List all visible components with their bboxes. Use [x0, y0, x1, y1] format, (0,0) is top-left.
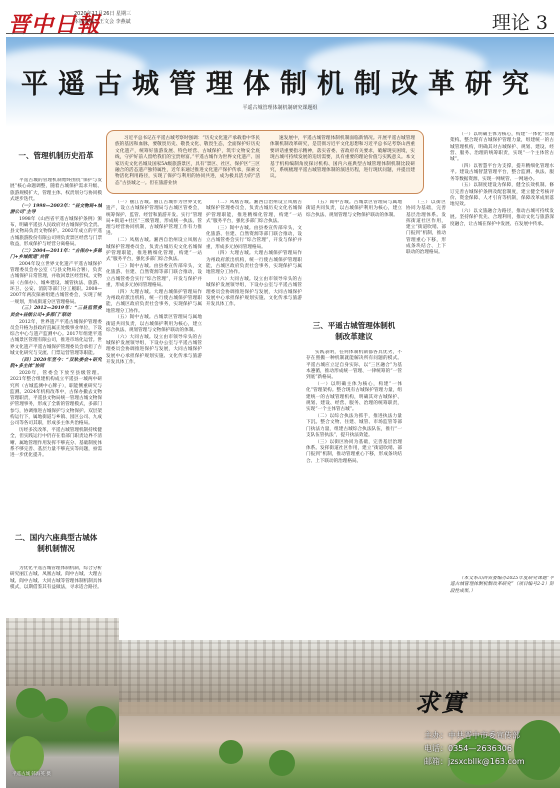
column-1-lower: 为优化平遥古城管理体制机制，综合分析研究丽江古城、凤凰古城、阆中古城、大理古城、…: [10, 566, 102, 614]
paragraph: （二）凤凰古城。湘西自治州设立凤凰古城保护管理委员会，负责古城历史文化名城保护管…: [106, 238, 202, 263]
photo-credit: 平遥古城 韩海英 摄: [12, 771, 51, 777]
column-2: （一）丽江古城。丽江古城作为世界文化遗产，设立古城保护管理局与古城区管委会，统筹…: [106, 200, 202, 630]
paragraph: （五）阆中古城。古城景区管理局与属地街道共同负责，以古城保护利用为核心，建立综合…: [306, 200, 402, 219]
issue-date: 2020年11月26日 星期三: [74, 10, 131, 18]
article-note: （本文系山西省委编办2025年度研究课题“平遥古城管理体制机制改革研究”（项目编…: [450, 576, 554, 602]
article-headline: 平遥古城管理体制机制改革研究: [0, 62, 560, 101]
paragraph: （一）以明确主体为核心，构建“一体化”管理架构。整合现有古城保护管理力量，组建统…: [450, 132, 554, 163]
section-heading-1: 一、管理机制历史沿革: [10, 150, 102, 161]
masthead: 晋中日報 2020年11月26日 星期三 本版责编：王文会 李燕斌 理论 3: [0, 0, 560, 34]
intro-right-text: 速发展中，平遥古城管理体制机制面临新情况。开展平遥古城管理体制机制改革研究，是贯…: [270, 136, 415, 181]
city-wall: [119, 702, 560, 716]
subheading: （一）1998—2003年：“县文物局+城游公司”主导: [10, 204, 102, 217]
paragraph: （六）大同古城。设立由市领导牵头的古城保护发展领导组，下设办公室与平遥古城管理委…: [206, 277, 302, 308]
intro-box: 习近平总书记在平遥古城考察时强调：“历史文化遗产承载着中华民族的基因和血脉，要敬…: [106, 130, 424, 194]
column-5: （三）以街区协同为基础，完善基层治理体系。发挥街道社区作用，建立“街道吹哨、部门…: [406, 200, 446, 630]
paragraph: （三）阆中古城。由县委宣传部牵头，文化旅游、住建、自然资源等部门联合推动，设立古…: [106, 264, 202, 289]
subheading: （三）2012—2019年：“三县监管委员会+县级公司+多部门”联动: [10, 306, 102, 319]
paragraph: 1998年《山西省平遥古城保护条例》颁布，明确平遥县人民政府对古城保护负全责。县…: [10, 217, 102, 248]
sponsor: 主办：中共晋中市委宣传部: [424, 729, 525, 742]
section-heading-3: 三、平遥古城管理体制机制改革建议: [310, 320, 398, 342]
paragraph: 实践表明，任何体制机制都各具优劣，不存在照搬一种机制就能解决所有问题的模式。平遥…: [306, 350, 402, 381]
subheading: （四）2020年至今：“双轨委会+研究院+多主体”协同: [10, 358, 102, 371]
paragraph: （六）大同古城。设立由市领导牵头的古城保护发展领导组，下设办公室与平遥古城管理委…: [106, 335, 202, 366]
paragraph: （五）以制度建设为保障，健全长效机制。修订完善古城保护条例及配套制度，建立健全考…: [450, 183, 554, 208]
paragraph: （二）凤凰古城。湘西自治州设立凤凰古城保护管理委员会，负责古城历史文化名城保护管…: [206, 200, 302, 225]
paragraph: （五）阆中古城。古城景区管理局与属地街道共同负责，以古城保护利用为核心，建立综合…: [106, 315, 202, 334]
paragraph: （三）以街区协同为基础，完善基层治理体系。发挥街道社区作用，建立“街道吹哨、部门…: [406, 200, 446, 257]
subheading: （二）2004—2011年：“古保办+多部门+乡城街道”共管: [10, 249, 102, 262]
paragraph: （三）以街区协同为基础，完善基层治理体系。发挥街道社区作用，建立“街道吹哨、部门…: [306, 440, 402, 465]
paragraph: （三）阆中古城。由县委宣传部牵头，文化旅游、住建、自然资源等部门联合推动，设立古…: [206, 226, 302, 251]
paragraph: 2004年设立世界文化遗产平遥古城保护管理委员会办公室（与县文物局合署），负责古…: [10, 262, 102, 306]
paragraph: 2020年，管委会下放至县级管理。2021年整合组建机构成立平遥县一城两中研究所…: [10, 371, 102, 428]
paragraph: 2012年，世界遗产平遥古城保护管理委员会升格为县政府直属正处级事业单位，下设综…: [10, 320, 102, 358]
column-4-lower: 实践表明，任何体制机制都各具优劣，不存在照搬一种机制就能解决所有问题的模式。平遥…: [306, 350, 402, 630]
column-3: （二）凤凰古城。湘西自治州设立凤凰古城保护管理委员会，负责古城历史文化名城保护管…: [206, 200, 302, 630]
masthead-divider: [6, 33, 554, 34]
phone: 电话：0354—2636306: [424, 742, 525, 755]
paragraph: （一）丽江古城。丽江古城作为世界文化遗产，设立古城保护管理局与古城区管委会，统筹…: [106, 200, 202, 238]
issue-meta: 2020年11月26日 星期三 本版责编：王文会 李燕斌: [74, 10, 131, 26]
ancient-city-photo-left: [6, 618, 119, 788]
section-heading-2: 二、国内六座典型古城体制机制情况: [12, 532, 100, 554]
paragraph: （六）以文旅融合为路径，推动古城可持续发展。坚持保护优先、合理利用，推动文化与旅…: [450, 209, 554, 228]
paragraph: （二）以综合执法为抓手，推进执法力量下沉。整合文物、住建、城管、市场监管等部门执…: [306, 414, 402, 439]
intro-left-text: 习近平总书记在平遥古城考察时强调：“历史文化遗产承载着中华民族的基因和血脉，要敬…: [115, 136, 260, 187]
column-4: （五）阆中古城。古城景区管理局与属地街道共同负责，以古城保护利用为核心，建立综合…: [306, 200, 402, 310]
paragraph: （四）以智慧平台为支撑，提升精细化管理水平。建设古城智慧管理平台，整合监测、执法…: [450, 164, 554, 183]
column-1: 平遥古城的管理机制始终围绕“保护与发展”核心命题调整，随着古城保护需求升级、旅游…: [10, 178, 102, 488]
page-editor: 本版责编：王文会 李燕斌: [74, 18, 131, 26]
paragraph: 历经多次改革，平遥古城管理机制持续健全，但实践运行中仍存在着部门职责边界不清晰、…: [10, 428, 102, 459]
contact-info: 主办：中共晋中市委宣传部 电话：0354—2636306 邮箱：jzsxcbll…: [424, 729, 525, 768]
column-6: （一）以明确主体为核心，构建“一体化”管理架构。整合现有古城保护管理力量，组建统…: [450, 132, 554, 562]
paragraph: 为优化平遥古城管理体制机制，综合分析研究丽江古城、凤凰古城、阆中古城、大理古城、…: [10, 566, 102, 591]
email[interactable]: 邮箱：jzsxcbllk@163.com: [424, 755, 525, 768]
qiushi-calligraphy: 求實: [415, 683, 467, 718]
paragraph: （四）大理古城。大理古城保护管理局作为州政府派出机构，统一行使古城保护管理职能，…: [206, 251, 302, 276]
funding-note: （本文系山西省委编办2025年度研究课题“平遥古城管理体制机制改革研究”（项目编…: [450, 576, 554, 595]
paragraph: （一）以明确主体为核心，构建“一体化”管理架构。整合现有古城保护管理力量，组建统…: [306, 382, 402, 413]
paragraph: 平遥古城的管理机制始终围绕“保护与发展”核心命题调整，随着古城保护需求升级、旅游…: [10, 178, 102, 203]
paragraph: （四）大理古城。大理古城保护管理局作为州政府派出机构，统一行使古城保护管理职能，…: [106, 290, 202, 315]
section-label: 理论 3: [492, 8, 548, 35]
article-byline: 平遥古城管理体制机制研究课题组: [0, 104, 560, 111]
